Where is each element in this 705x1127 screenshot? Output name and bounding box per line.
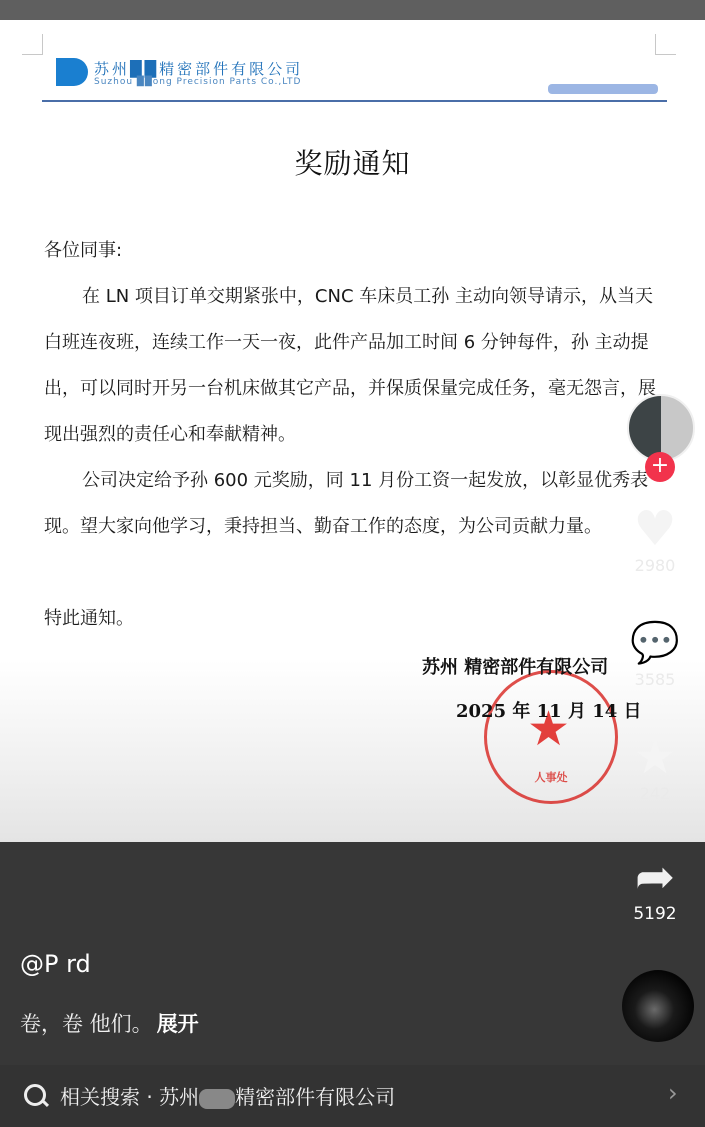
star-icon: ★ [605, 730, 705, 784]
author-username[interactable]: @P rd [20, 950, 91, 978]
related-search-text: 相关搜索 · 苏州精密部件有限公司 [60, 1081, 395, 1110]
comment-bubble-icon: 💬 [605, 616, 705, 670]
post-caption: 卷，卷 他们。展开 [20, 1008, 199, 1038]
expand-link[interactable]: 展开 [157, 1012, 199, 1036]
company-logo-icon [56, 58, 88, 86]
share-button[interactable]: ➦ 5192 [605, 850, 705, 924]
share-count: 5192 [605, 904, 705, 924]
letterhead-divider [42, 100, 667, 102]
closing: 特此通知。 [44, 596, 659, 642]
page-corner-mark [655, 34, 676, 55]
caption-text: 卷，卷 他们。 [20, 1012, 153, 1036]
signature-company: 苏州 精密部件有限公司 [422, 653, 608, 679]
like-button[interactable]: ♥ 2980 [605, 502, 705, 575]
music-disc[interactable] [622, 970, 694, 1042]
follow-plus-icon[interactable]: + [645, 452, 675, 482]
document-body: 各位同事: 在 LN 项目订单交期紧张中，CNC 车床员工孙 主动向领导请示，从… [44, 228, 659, 642]
company-name-cn: 苏州██精密部件有限公司 [94, 58, 303, 79]
page-corner-mark [22, 34, 43, 55]
company-name-en: Suzhou ██ong Precision Parts Co.,LTD [94, 77, 301, 87]
top-status-bar [0, 0, 705, 20]
comment-button[interactable]: 💬 3585 [605, 616, 705, 689]
signature-date: 2025 年 11 月 14 日 [456, 697, 642, 723]
stamp-department: 人事处 [487, 769, 615, 785]
comment-count: 3585 [605, 670, 705, 689]
document-image[interactable]: 苏州██精密部件有限公司 Suzhou ██ong Precision Part… [0, 20, 705, 842]
document-title: 奖励通知 [0, 142, 705, 182]
paragraph-2: 公司决定给予孙 600 元奖励，同 11 月份工资一起发放，以彰显优秀表现。望大… [44, 458, 659, 550]
redaction-blur [199, 1089, 235, 1109]
heart-icon: ♥ [605, 502, 705, 556]
redacted-doc-number [548, 84, 658, 94]
share-arrow-icon: ➦ [605, 850, 705, 904]
favorite-count: 242 [605, 784, 705, 803]
greeting: 各位同事: [44, 228, 659, 274]
chevron-right-icon: › [668, 1079, 678, 1107]
paragraph-1: 在 LN 项目订单交期紧张中，CNC 车床员工孙 主动向领导请示，从当天白班连夜… [44, 274, 659, 458]
search-icon [24, 1084, 46, 1106]
letterhead: 苏州██精密部件有限公司 Suzhou ██ong Precision Part… [56, 56, 356, 90]
related-search-bar[interactable]: 相关搜索 · 苏州精密部件有限公司 › [0, 1065, 705, 1127]
red-seal-stamp: ★ 人事处 [484, 670, 618, 804]
favorite-button[interactable]: ★ 242 [605, 730, 705, 803]
like-count: 2980 [605, 556, 705, 575]
